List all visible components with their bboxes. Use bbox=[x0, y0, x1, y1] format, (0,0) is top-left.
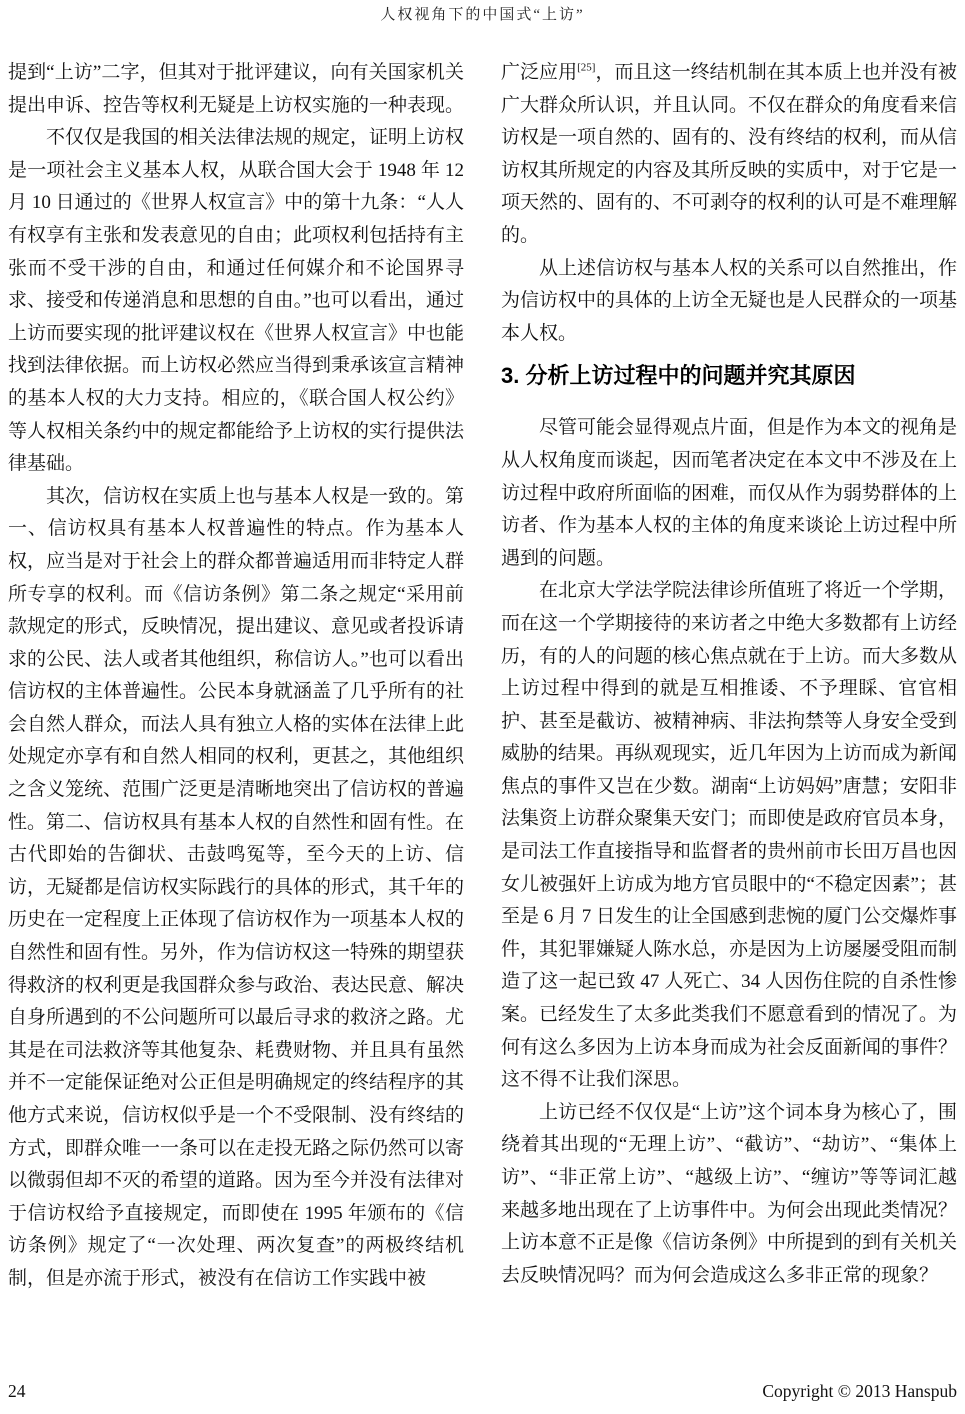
body-paragraph: 不仅仅是我国的相关法律法规的规定，证明上访权是一项社会主义基本人权，从联合国大会… bbox=[8, 122, 464, 481]
body-paragraph: 在北京大学法学院法律诊所值班了将近一个学期，而在这一个学期接待的来访者之中绝大多… bbox=[501, 575, 957, 1097]
section-heading: 3. 分析上访过程中的问题并究其原因 bbox=[501, 359, 957, 393]
body-paragraph: 尽管可能会显得观点片面，但是作为本文的视角是从人权角度而谈起，因而笔者决定在本文… bbox=[501, 412, 957, 575]
citation-reference: [25] bbox=[577, 62, 595, 74]
copyright-notice: Copyright © 2013 Hanspub bbox=[762, 1381, 957, 1402]
body-paragraph: 从上述信访权与基本人权的关系可以自然推出，作为信访权中的具体的上访全无疑也是人民… bbox=[501, 253, 957, 351]
body-paragraph: 广泛应用[25]，而且这一终结机制在其本质上也并没有被广大群众所认识，并且认同。… bbox=[501, 57, 957, 253]
paragraph-text: 广泛应用 bbox=[501, 62, 577, 83]
paragraph-text: ，而且这一终结机制在其本质上也并没有被广大群众所认识，并且认同。不仅在群众的角度… bbox=[501, 62, 957, 246]
running-header: 人权视角下的中国式“上访” bbox=[0, 3, 965, 24]
body-paragraph: 提到“上访”二字，但其对于批评建议，向有关国家机关提出申诉、控告等权利无疑是上访… bbox=[8, 57, 464, 122]
document-page: 人权视角下的中国式“上访” 提到“上访”二字，但其对于批评建议，向有关国家机关提… bbox=[0, 0, 965, 1414]
page-number: 24 bbox=[8, 1381, 26, 1402]
right-column: 广泛应用[25]，而且这一终结机制在其本质上也并没有被广大群众所认识，并且认同。… bbox=[501, 57, 957, 1296]
body-paragraph: 上访已经不仅仅是“上访”这个词本身为核心了，围绕着其出现的“无理上访”、“截访”… bbox=[501, 1097, 957, 1293]
two-column-body: 提到“上访”二字，但其对于批评建议，向有关国家机关提出申诉、控告等权利无疑是上访… bbox=[8, 57, 957, 1296]
left-column: 提到“上访”二字，但其对于批评建议，向有关国家机关提出申诉、控告等权利无疑是上访… bbox=[8, 57, 464, 1296]
body-paragraph: 其次，信访权在实质上也与基本人权是一致的。第一、信访权具有基本人权普遍性的特点。… bbox=[8, 481, 464, 1296]
running-title: 人权视角下的中国式“上访” bbox=[380, 7, 584, 23]
page-footer: 24 Copyright © 2013 Hanspub bbox=[8, 1381, 957, 1402]
